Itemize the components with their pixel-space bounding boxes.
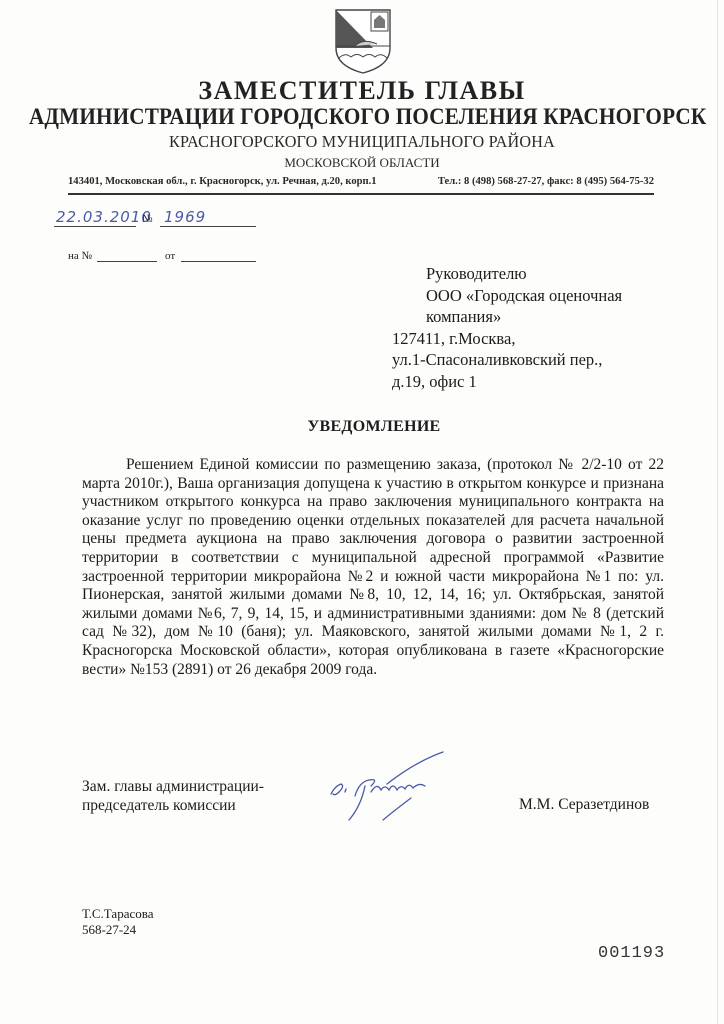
addressee-line: компания» — [400, 306, 622, 328]
signatory-role-line: Зам. главы администрации- — [82, 777, 264, 796]
registration-number: 1969 — [164, 208, 206, 226]
reference-date-label: от — [165, 250, 175, 262]
letterhead-district: КРАСНОГОРСКОГО МУНИЦИПАЛЬНОГО РАЙОНА — [18, 132, 706, 152]
serial-number: 001193 — [598, 944, 665, 963]
registration-date: 22.03.2010 — [56, 208, 152, 226]
letterhead-divider — [68, 193, 654, 195]
coat-of-arms-icon — [333, 6, 393, 76]
registration-number-underline — [160, 226, 256, 227]
letterhead-subtitle: АДМИНИСТРАЦИИ ГОРОДСКОГО ПОСЕЛЕНИЯ КРАСН… — [29, 104, 695, 130]
signatory-role: Зам. главы администрации- председатель к… — [82, 777, 264, 815]
registration-number-label: № — [142, 213, 153, 225]
addressee-line: д.19, офис 1 — [392, 371, 622, 393]
executor-info: Т.С.Тарасова 568-27-24 — [82, 906, 153, 938]
handwritten-signature-icon — [325, 742, 445, 822]
signatory-name: М.М. Серазетдинов — [519, 796, 649, 814]
reference-number-blank — [97, 261, 157, 262]
addressee-line: Руководителю — [400, 263, 622, 285]
addressee-line: ул.1-Спасоналивковский пер., — [392, 349, 622, 371]
page-edge — [717, 0, 718, 1024]
notice-body: Решением Единой комиссии по размещению з… — [82, 456, 664, 679]
reference-number-label: на № — [68, 250, 92, 262]
executor-phone: 568-27-24 — [82, 922, 153, 938]
reference-date-blank — [181, 261, 256, 262]
addressee-line: ООО «Городская оценочная — [400, 285, 622, 307]
executor-name: Т.С.Тарасова — [82, 906, 153, 922]
registration-date-underline — [54, 226, 136, 227]
letterhead-contact-line: 143401, Московская обл., г. Красногорск,… — [68, 176, 654, 187]
letterhead-region: МОСКОВСКОЙ ОБЛАСТИ — [0, 155, 724, 171]
addressee-block: Руководителю ООО «Городская оценочная ко… — [400, 263, 622, 392]
signatory-role-line: председатель комиссии — [82, 796, 264, 815]
letterhead-address: 143401, Московская обл., г. Красногорск,… — [68, 176, 377, 187]
letterhead-title: ЗАМЕСТИТЕЛЬ ГЛАВЫ — [0, 76, 724, 106]
notice-paragraph: Решением Единой комиссии по размещению з… — [82, 456, 664, 679]
document-heading: УВЕДОМЛЕНИЕ — [0, 418, 724, 436]
letterhead-contacts: Тел.: 8 (498) 568-27-27, факс: 8 (495) 5… — [438, 176, 654, 187]
addressee-line: 127411, г.Москва, — [392, 328, 622, 350]
